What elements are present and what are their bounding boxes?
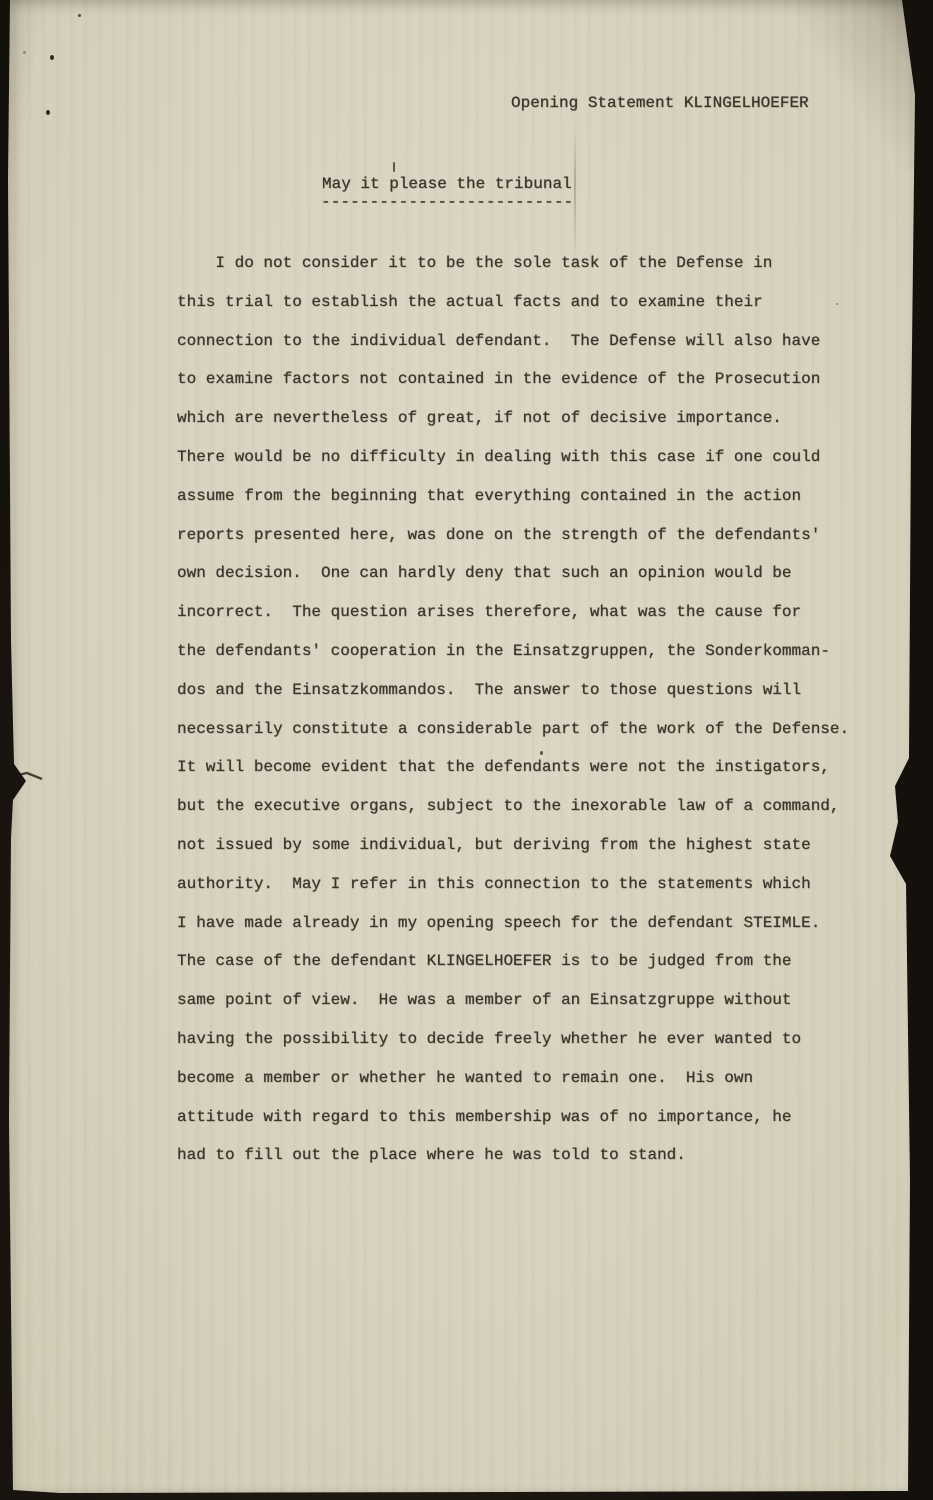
- text-line: reports presented here, was done on the …: [177, 516, 877, 555]
- text-line: I do not consider it to be the sole task…: [177, 244, 877, 283]
- paper-crease: [574, 130, 576, 260]
- document-page: Opening Statement KLINGELHOEFER May it p…: [0, 0, 933, 1500]
- paper-speck: [50, 55, 54, 60]
- salutation-heading: May it please the tribunal: [322, 175, 572, 194]
- scanner-background: Opening Statement KLINGELHOEFER May it p…: [0, 0, 933, 1500]
- text-line: There would be no difficulty in dealing …: [177, 438, 877, 477]
- text-line: this trial to establish the actual facts…: [177, 283, 877, 322]
- text-line: I have made already in my opening speech…: [177, 904, 877, 943]
- text-line: to examine factors not contained in the …: [177, 360, 877, 399]
- paper-speck: [78, 14, 81, 17]
- paper-tear: [0, 752, 70, 796]
- paper-speck: [23, 51, 26, 54]
- paper-speck: [836, 303, 838, 305]
- text-line: having the possibility to decide freely …: [177, 1020, 877, 1059]
- paper-speck: [46, 110, 50, 115]
- text-line: not issued by some individual, but deriv…: [177, 826, 877, 865]
- document-header: Opening Statement KLINGELHOEFER: [511, 94, 809, 113]
- text-line: The case of the defendant KLINGELHOEFER …: [177, 942, 877, 981]
- text-line: authority. May I refer in this connectio…: [177, 865, 877, 904]
- text-line: necessarily constitute a considerable pa…: [177, 710, 877, 749]
- paper-speck: [910, 1158, 915, 1171]
- paper-speck: [393, 162, 395, 172]
- text-line: had to fill out the place where he was t…: [177, 1136, 877, 1175]
- text-line: the defendants' cooperation in the Einsa…: [177, 632, 877, 671]
- text-line: become a member or whether he wanted to …: [177, 1059, 877, 1098]
- paper-speck: [540, 751, 543, 755]
- text-line: connection to the individual defendant. …: [177, 322, 877, 361]
- text-line: same point of view. He was a member of a…: [177, 981, 877, 1020]
- salutation-underline: --------------------------: [321, 193, 573, 212]
- corner-shadow: [785, 0, 915, 170]
- text-line: incorrect. The question arises therefore…: [177, 593, 877, 632]
- text-line: It will become evident that the defendan…: [177, 748, 877, 787]
- text-line: assume from the beginning that everythin…: [177, 477, 877, 516]
- text-line: which are nevertheless of great, if not …: [177, 399, 877, 438]
- document-body: I do not consider it to be the sole task…: [177, 244, 877, 1175]
- text-line: but the executive organs, subject to the…: [177, 787, 877, 826]
- text-line: attitude with regard to this membership …: [177, 1098, 877, 1137]
- text-line: dos and the Einsatzkommandos. The answer…: [177, 671, 877, 710]
- text-line: own decision. One can hardly deny that s…: [177, 554, 877, 593]
